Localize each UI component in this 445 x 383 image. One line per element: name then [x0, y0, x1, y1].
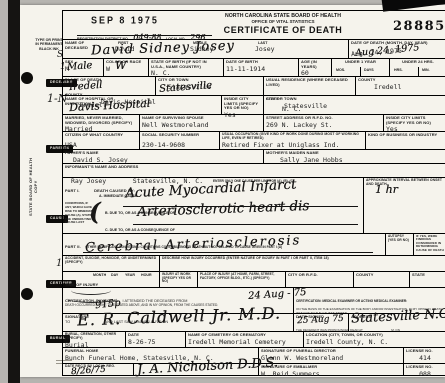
residence-inside-city-label: INSIDE CITY LIMITS (SPECIFY YES OR NO): [386, 116, 444, 125]
registration-line: [77, 35, 212, 36]
field-injury-county: COUNTY: [353, 271, 409, 287]
field-funeral-home: FUNERAL HOME Bunch Funeral Home, Statesv…: [63, 347, 258, 363]
field-under-one-year: UNDER 1 YEAR MOS. DAYS: [331, 58, 389, 76]
part1-label: PART I.: [65, 188, 80, 193]
punch-hole-bottom: [21, 288, 33, 300]
field-citizen: CITIZEN OF WHAT COUNTRY USA: [63, 131, 139, 149]
days-label: DAYS: [364, 68, 374, 72]
field-marital-status: MARRIED, NEVER MARRIED, WIDOWED, DIVORCE…: [63, 114, 139, 131]
scanned-death-certificate: TYPE OR PRINT IN PERMANENT BLACK INK S 1…: [0, 0, 445, 383]
cemetery-location-typed: Iredell County, N. C.: [306, 338, 444, 346]
disposition-type-label: BURIAL, CREMATION, OTHER (SPECIFY): [65, 333, 123, 341]
middle-name-typed: Sidney: [190, 45, 213, 53]
scan-edge-band: [8, 0, 20, 383]
hospital-typed: Davis Hospital: [101, 98, 156, 106]
hospital-inside-city-label: INSIDE CITY LIMITS (SPECIFY YES OR NO): [224, 97, 261, 111]
interval-label: APPROXIMATE INTERVAL BETWEEN ONSET AND D…: [366, 179, 444, 187]
field-mother-name: MOTHER'S MAIDEN NAME Sally Jane Hobbs: [263, 149, 445, 163]
certificate-form: SEP 8 1975 REGISTRATION DISTRICT NO. 049…: [62, 10, 445, 376]
marital-label: MARRIED, NEVER MARRIED, WIDOWED, DIVORCE…: [65, 116, 137, 125]
field-injury-city: CITY OR R.F.D.: [285, 271, 353, 287]
embalmer-license-typed: 088: [406, 370, 444, 378]
autopsy-label: AUTOPSY (YES OR NO): [388, 235, 411, 242]
field-sex: SEX M: [63, 58, 103, 76]
field-under-24-hours: UNDER 24 HRS. HRS. MIN.: [389, 58, 445, 76]
occupation-typed: Retired Fixer at Uniglass Ind.: [222, 141, 363, 149]
year-label: YEAR: [125, 273, 135, 277]
informant-label: INFORMANT'S NAME AND ADDRESS: [65, 165, 444, 170]
field-ssn: SOCIAL SECURITY NUMBER 230-14-9608: [139, 131, 219, 149]
field-embalmer-signature: SIGNATURE OF EMBALMER W. Reid Summers: [258, 363, 403, 376]
field-interval-column: APPROXIMATE INTERVAL BETWEEN ONSET AND D…: [363, 177, 445, 233]
hours-label: HRS.: [394, 68, 403, 72]
injury-at-work-label: INJURY AT WORK (SPECIFY YES OR NO): [162, 273, 195, 284]
describe-injury-label: DESCRIBE HOW INJURY OCCURRED (ENTER NATU…: [162, 257, 444, 261]
field-funeral-director: SIGNATURE OF FUNERAL DIRECTOR Glenn W. W…: [258, 347, 403, 363]
received-date-stamp: SEP 8 1975: [91, 14, 159, 26]
field-disposition-type: BURIAL, CREMATION, OTHER (SPECIFY) Buria…: [63, 331, 125, 347]
injury-city-label: CITY OR R.F.D.: [288, 273, 351, 278]
field-director-license: LICENSE NO. 414: [403, 347, 445, 363]
field-residence-county: COUNTY Iredell: [355, 76, 445, 95]
document-title: CERTIFICATE OF DEATH: [213, 25, 353, 35]
field-residence-inside-city: INSIDE CITY LIMITS (SPECIFY YES OR NO) Y…: [383, 114, 445, 131]
field-certifier-address: ADDRESS: [348, 313, 445, 331]
first-name-typed: David: [115, 45, 135, 53]
physician-text3: DEATH OCCURRED AT THE TIME STATED ABOVE,…: [65, 303, 285, 307]
citizen-label: CITIZEN OF WHAT COUNTRY: [65, 133, 137, 138]
part2-line: [83, 252, 373, 253]
field-informant: INFORMANT'S NAME AND ADDRESS Ray Josey S…: [63, 163, 445, 177]
date-of-birth-typed: 11-11-1914: [226, 65, 296, 73]
field-registrar-signature: [133, 363, 258, 376]
office-name: OFFICE OF VITAL STATISTICS: [213, 19, 353, 24]
ssn-label: SOCIAL SECURITY NUMBER: [142, 133, 217, 138]
immediate-cause-label: a. IMMEDIATE CAUSE: [99, 194, 137, 198]
divider: [418, 67, 419, 76]
field-street-address: STREET ADDRESS OR R.F.D. NO. 269 N. Lack…: [263, 114, 383, 131]
field-name-of-deceased: NAME OF DECEASED FIRST MIDDLE LAST David…: [63, 39, 348, 58]
age-label: AGE (IN YEARS): [301, 60, 329, 69]
funeral-director-typed: Glenn W. Westmoreland: [261, 354, 401, 362]
address-label: ADDRESS: [351, 315, 444, 320]
last-name-typed: Josey: [255, 45, 275, 53]
pen-stroke: [67, 294, 117, 303]
field-hospital-inside-city: INSIDE CITY LIMITS (SPECIFY YES OR NO) Y…: [221, 95, 263, 114]
field-disposition-date: DATE 8-26-75: [125, 331, 185, 347]
copy-note: STATE BOARD OF HEALTH COPY: [28, 152, 42, 222]
field-date-of-death: DATE OF DEATH (MONTH, DAY, YEAR) Aug. 24…: [348, 39, 445, 58]
field-occupation: USUAL OCCUPATION (GIVE KIND OF WORK DONE…: [219, 131, 365, 149]
ssn-typed: 230-14-9608: [142, 141, 217, 149]
field-accident-type: ACCIDENT, SUICIDE, HOMICIDE, OR UNDETERM…: [63, 255, 159, 271]
field-hospital: NAME OF HOSPITAL OR INSTITUTION Davis Ho…: [63, 95, 221, 114]
field-embalmer-license: LICENSE NO. 088: [403, 363, 445, 376]
examiner-certification-title: CERTIFICATION: MEDICAL EXAMINER OR ACTIN…: [296, 299, 407, 303]
cause-line-a: [123, 206, 358, 207]
date-signed-label: DATE SIGNED: [296, 315, 346, 320]
residence-county-typed: Iredell: [374, 83, 444, 91]
field-cemetery-location: LOCATION (CITY, TOWN, OR COUNTY) Iredell…: [303, 331, 445, 347]
hour-label: HOUR: [141, 273, 152, 277]
injury-state-label: STATE: [412, 273, 444, 278]
caused-by-label: DEATH CAUSED BY:: [94, 188, 135, 193]
under-one-year-label: UNDER 1 YEAR: [334, 60, 387, 65]
field-place-of-injury: PLACE OF INJURY (AT HOME, FARM, STREET, …: [197, 271, 285, 287]
spouse-typed: Nell Westmoreland: [142, 121, 261, 129]
field-date-received: DATE REC'D BY LOCAL REG.: [63, 363, 133, 376]
pod-city-typed: Statesville: [168, 83, 261, 91]
injury-county-label: COUNTY: [356, 273, 407, 278]
field-describe-injury: DESCRIBE HOW INJURY OCCURRED (ENTER NATU…: [159, 255, 445, 271]
section-certification-examiner: CERTIFICATION: MEDICAL EXAMINER OR ACTIN…: [293, 287, 445, 313]
field-father-name: FATHER'S NAME David S. Josey: [63, 149, 263, 163]
field-residence-state: USUAL RESIDENCE (WHERE DECEASED LIVED) S…: [263, 76, 355, 95]
due-to-b-label: b. DUE TO, OR AS A CONSEQUENCE OF: [105, 211, 175, 215]
residence-section-label: USUAL RESIDENCE (WHERE DECEASED LIVED): [266, 78, 353, 87]
race-label: COLOR OR RACE: [106, 60, 146, 65]
month-label: MONTH: [93, 273, 106, 277]
field-place-of-death-city: CITY OR TOWN Statesville: [155, 76, 263, 95]
field-autopsy-findings: IF YES, WERE FINDINGS CONSIDERED IN DETE…: [413, 233, 445, 255]
field-time-of-injury: TIME OF INJURY MONTH DAY YEAR HOUR: [63, 271, 159, 287]
embalmer-typed: W. Reid Summers: [261, 370, 401, 378]
field-date-of-birth: DATE OF BIRTH 11-11-1914: [223, 58, 298, 76]
one-cause-note: ENTER ONLY ONE CAUSE PER LINE FOR (a), (…: [213, 179, 294, 183]
day-label: DAY: [111, 273, 118, 277]
director-license-typed: 414: [406, 354, 444, 362]
field-date-signed: DATE SIGNED: [293, 313, 348, 331]
months-label: MOS.: [336, 68, 345, 72]
field-injury-state: STATE: [409, 271, 445, 287]
field-place-of-death-county: PLACE OF DEATH COUNTY Iredell: [63, 76, 155, 95]
due-to-c-label: c. DUE TO, OR AS A CONSEQUENCE OF: [105, 228, 175, 232]
punch-hole-top: [21, 72, 33, 84]
section-part1-cause-of-death: PART I. DEATH CAUSED BY: ENTER ONLY ONE …: [63, 177, 363, 233]
date-received-label: DATE REC'D BY LOCAL REG.: [65, 365, 131, 369]
race-typed: W: [106, 65, 146, 73]
industry-label: KIND OF BUSINESS OR INDUSTRY: [368, 133, 444, 138]
disposition-date-typed: 8-26-75: [128, 338, 183, 346]
residence-city-typed: Statesville: [284, 102, 444, 110]
other-conditions-label: OTHER SIGNIFICANT CONDITIONS: CONDITIONS…: [85, 245, 282, 249]
min-label: MIN.: [422, 68, 430, 72]
section-certification-physician: CERTIFICATION–PHYSICIAN: I ATTENDED THE …: [63, 287, 293, 313]
accident-label: ACCIDENT, SUICIDE, HOMICIDE, OR UNDETERM…: [65, 257, 157, 265]
signature-label: SIGNATURE: [65, 315, 291, 320]
conditions-note: CONDITIONS, IF ANY, WHICH GAVE RISE TO I…: [65, 202, 95, 225]
field-industry: KIND OF BUSINESS OR INDUSTRY: [365, 131, 445, 149]
street-typed: 269 N. Lackey St.: [266, 121, 381, 129]
field-autopsy: AUTOPSY (YES OR NO): [385, 233, 413, 255]
under-24-hours-label: UNDER 24 HRS.: [392, 60, 444, 65]
section-part2-other-conditions: PART II. OTHER SIGNIFICANT CONDITIONS: C…: [63, 233, 385, 255]
name-label: NAME OF DECEASED: [65, 41, 105, 50]
place-of-death-label: PLACE OF DEATH: [65, 78, 153, 83]
field-surviving-spouse: NAME OF SURVIVING SPOUSE Nell Westmorela…: [139, 114, 263, 131]
field-injury-at-work: INJURY AT WORK (SPECIFY YES OR NO): [159, 271, 197, 287]
part2-label: PART II.: [65, 244, 81, 249]
field-cemetery: NAME OF CEMETERY OR CREMATORY Iredell Me…: [185, 331, 303, 347]
divider: [360, 67, 361, 76]
sex-typed: M: [65, 65, 101, 73]
cemetery-typed: Iredell Memorial Cemetery: [188, 338, 301, 346]
field-residence-city: CITY OR TOWN Statesville: [263, 95, 445, 114]
citizen-typed: USA: [65, 141, 137, 149]
certificate-number: 28885: [393, 19, 445, 34]
field-color-or-race: COLOR OR RACE W: [103, 58, 148, 76]
place-of-injury-label: PLACE OF INJURY (AT HOME, FARM, STREET, …: [200, 273, 283, 280]
occupation-label: USUAL OCCUPATION (GIVE KIND OF WORK DONE…: [222, 133, 363, 141]
autopsy-findings-label: IF YES, WERE FINDINGS CONSIDERED IN DETE…: [416, 235, 444, 252]
state-of-birth-label: STATE OF BIRTH (IF NOT IN U.S.A., NAME C…: [151, 60, 221, 69]
field-state-of-birth: STATE OF BIRTH (IF NOT IN U.S.A., NAME C…: [148, 58, 223, 76]
funeral-home-typed: Bunch Funeral Home, Statesville, N. C.: [65, 354, 256, 362]
field-certifier-signature: SIGNATURE: [63, 313, 293, 331]
field-age: AGE (IN YEARS) 60: [298, 58, 331, 76]
cause-line-b: [133, 224, 358, 225]
